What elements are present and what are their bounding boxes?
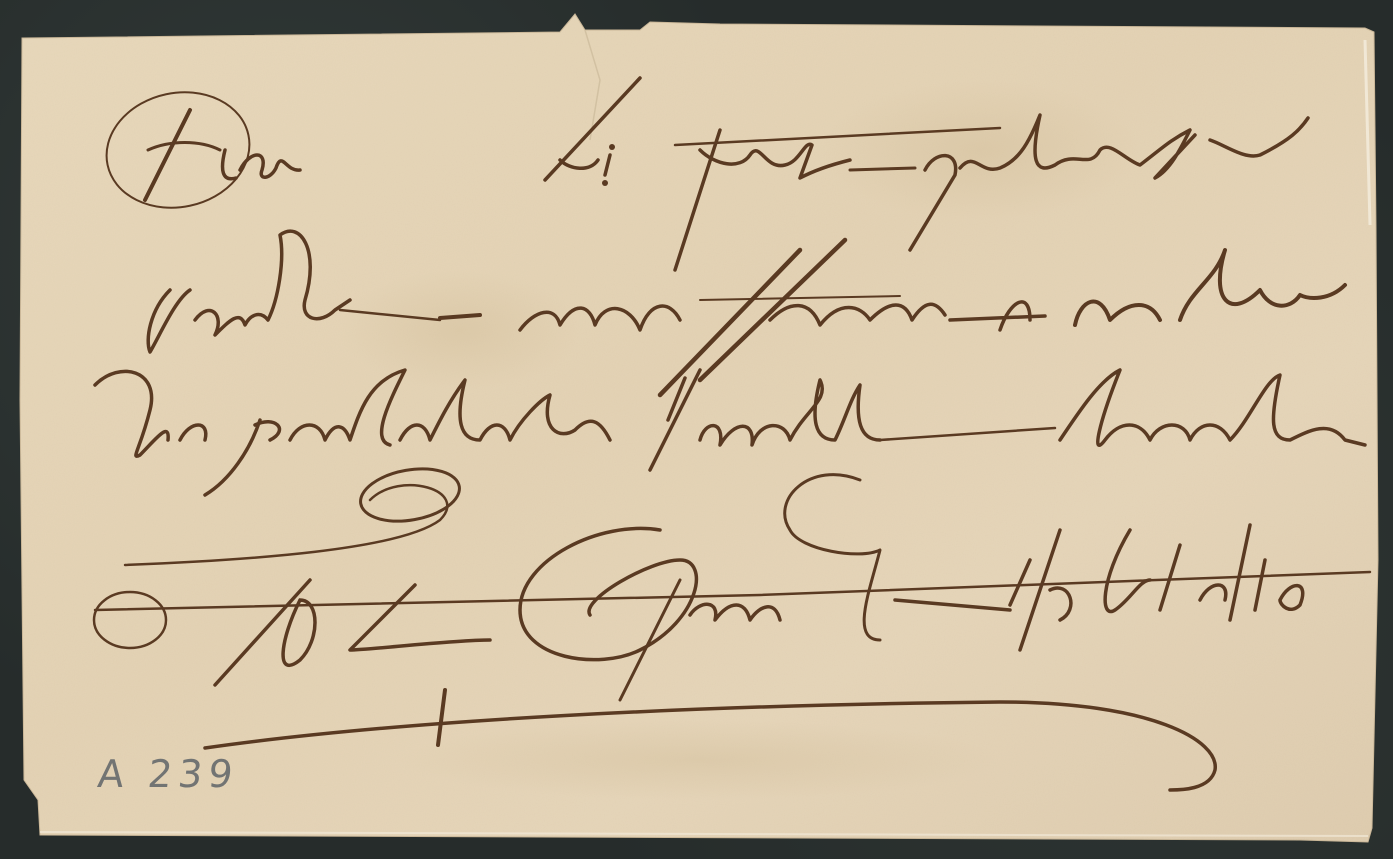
letter-artwork bbox=[0, 0, 1393, 859]
letter-document: A 239 Heer Sr: pieter gieles vander wouf… bbox=[0, 0, 1393, 859]
catalog-number-pencil-mark: A 239 bbox=[96, 752, 241, 796]
